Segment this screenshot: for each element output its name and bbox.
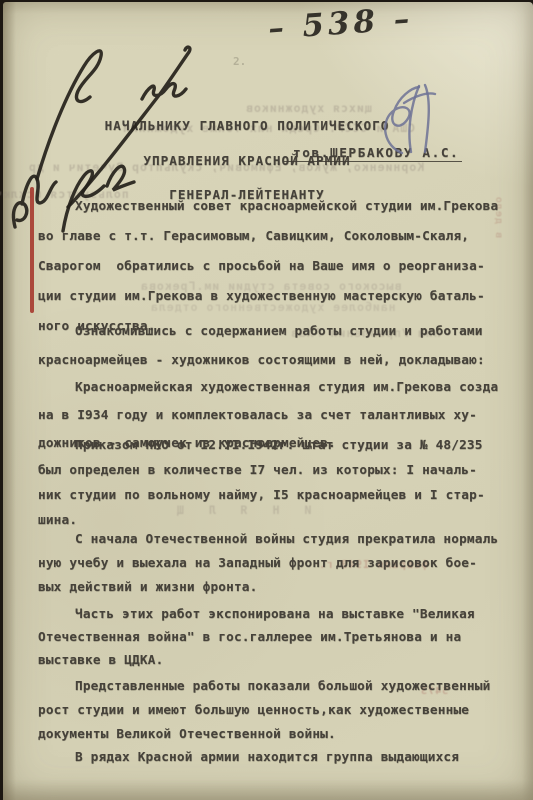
typed-line: во главе с т.т. Герасимовым, Савицким, С… <box>38 221 513 251</box>
typed-line: документы Великой Отечественной войны. <box>38 722 513 746</box>
typed-line: Приказом НКО от I2.УI.I942г. штат студии… <box>38 432 513 457</box>
typed-line: Представленные работы показали большой х… <box>38 674 513 698</box>
typed-line: Художественный совет красноармейской сту… <box>38 191 513 221</box>
typed-line: Сварогом обратились с просьбой на Ваше и… <box>38 251 513 281</box>
typed-line: был определен в количестве I7 чел. из ко… <box>38 457 513 482</box>
typed-line: С начала Отечественной войны студия прек… <box>38 527 513 551</box>
typed-line: ции студии им.Грекова в художественную м… <box>38 281 513 311</box>
addressee-name: тов.ШЕРБАКОВУ А.С. <box>284 145 462 162</box>
typed-line: Ознакомившись с содержанием работы студи… <box>38 316 513 345</box>
paragraph: С начала Отечественной войны студия прек… <box>38 527 513 599</box>
typed-line: красноармейцев - художников состоящими в… <box>38 345 513 374</box>
faint-typed-page-number: 2. <box>233 55 246 68</box>
recipient-line: НАЧАЛЬНИКУ ГЛАВНОГО ПОЛИТИЧЕСКОГО <box>98 120 396 132</box>
paragraph: Представленные работы показали большой х… <box>38 674 513 746</box>
typed-line: ную учебу и выехала на Западный фронт дл… <box>38 551 513 575</box>
paragraph: В рядах Красной армии находится группа в… <box>38 745 513 769</box>
typed-line: выставке в ЦДКА. <box>38 648 513 671</box>
scanned-document-photo: { "colors": { "paper": "#d7d3b7", "typed… <box>0 0 533 800</box>
typed-line: рост студии и имеют большую ценность,как… <box>38 698 513 722</box>
typed-line: вых действий и жизни фронта. <box>38 575 513 599</box>
typed-line: ник студии по вольному найму, I5 красноа… <box>38 482 513 507</box>
paragraph: Приказом НКО от I2.УI.I942г. штат студии… <box>38 432 513 532</box>
red-pencil-margin-line <box>30 187 34 313</box>
paragraph: Часть этих работ экспонирована на выстав… <box>38 602 513 671</box>
typed-line: В рядах Красной армии находится группа в… <box>38 745 513 769</box>
typed-line: на в I934 году и комплектовалась за счет… <box>38 401 513 429</box>
typed-line: Красноармейская художественная студия им… <box>38 373 513 401</box>
paragraph: Ознакомившись с содержанием работы студи… <box>38 316 513 374</box>
typed-line: Часть этих работ экспонирована на выстав… <box>38 602 513 625</box>
typed-line: Отечественная война" в гос.галлерее им.Т… <box>38 625 513 648</box>
